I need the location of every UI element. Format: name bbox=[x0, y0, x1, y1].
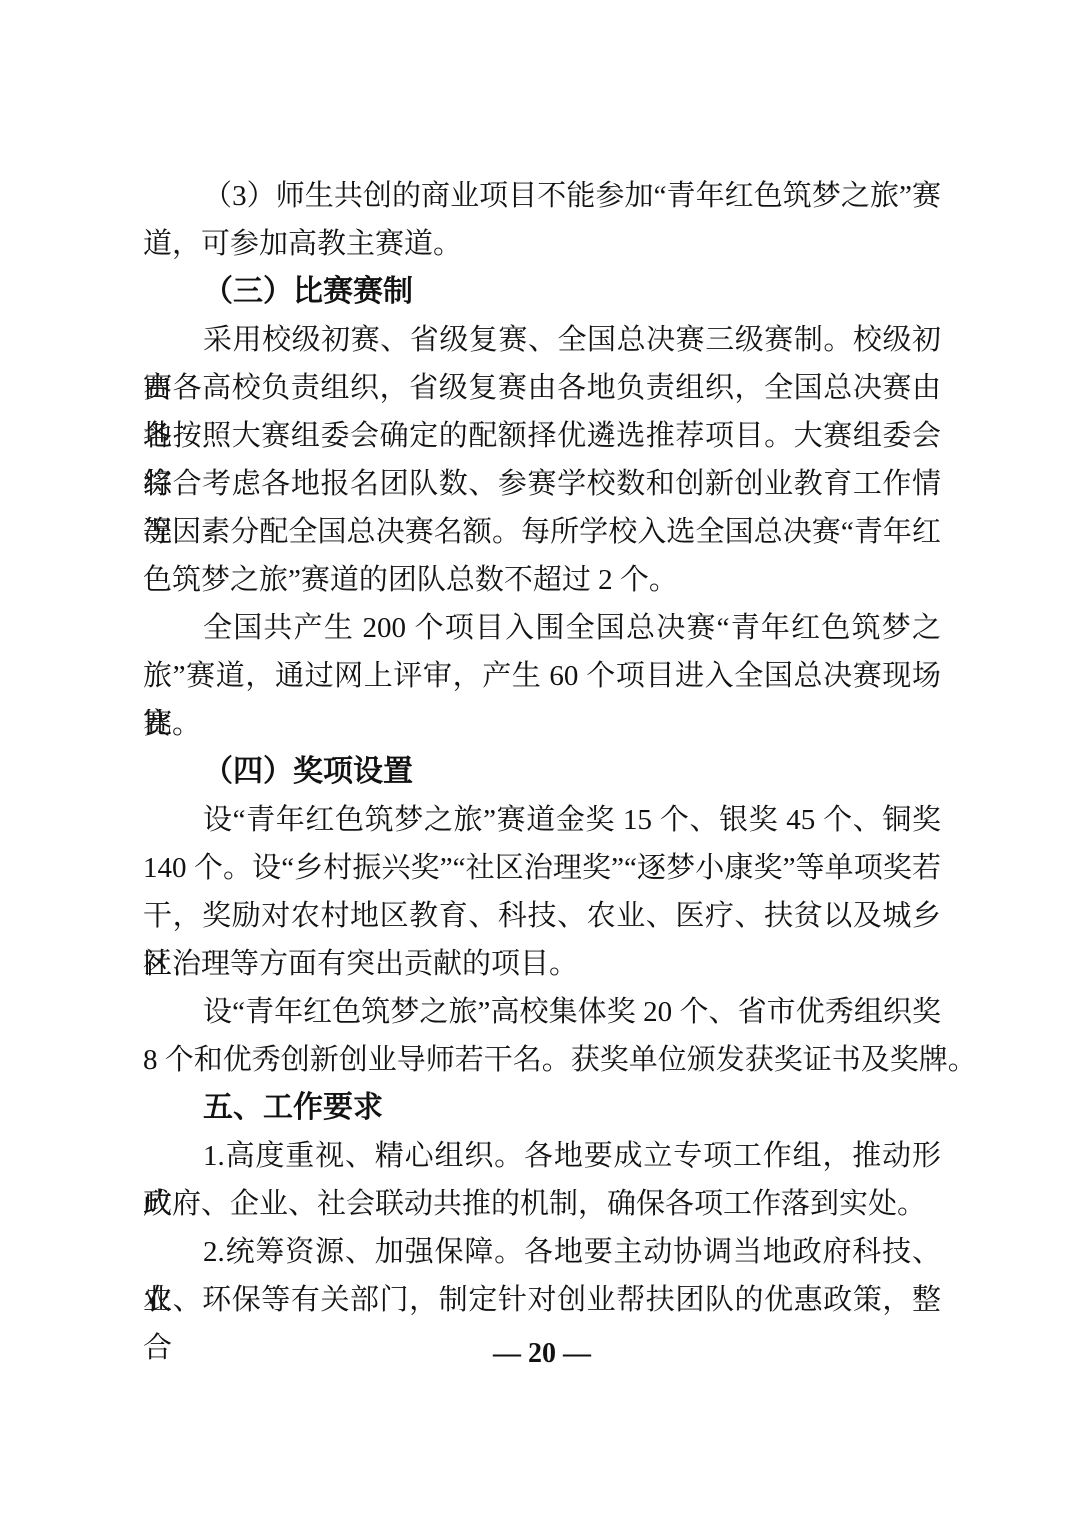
doc-line: 区治理等方面有突出贡献的项目。 bbox=[143, 940, 941, 988]
doc-line: 采用校级初赛、省级复赛、全国总决赛三级赛制。校级初赛 bbox=[143, 316, 941, 364]
document-body: （3）师生共创的商业项目不能参加“青年红色筑梦之旅”赛 道，可参加高教主赛道。 … bbox=[143, 172, 941, 1378]
doc-line: 赛。 bbox=[143, 700, 941, 748]
doc-line: 1.高度重视、精心组织。各地要成立专项工作组，推动形成 bbox=[143, 1132, 941, 1180]
page-number: — 20 — bbox=[143, 1330, 941, 1378]
doc-line: 业、环保等有关部门，制定针对创业帮扶团队的优惠政策，整合 bbox=[143, 1276, 941, 1324]
doc-line: 全国共产生 200 个项目入围全国总决赛“青年红色筑梦之 bbox=[143, 604, 941, 652]
doc-line: 140 个。设“乡村振兴奖”“社区治理奖”“逐梦小康奖”等单项奖若 bbox=[143, 844, 941, 892]
doc-line: （3）师生共创的商业项目不能参加“青年红色筑梦之旅”赛 bbox=[143, 172, 941, 220]
doc-line: 旅”赛道，通过网上评审，产生 60 个项目进入全国总决赛现场比 bbox=[143, 652, 941, 700]
doc-line: 8 个和优秀创新创业导师若干名。获奖单位颁发获奖证书及奖牌。 bbox=[143, 1036, 941, 1084]
doc-line: 由各高校负责组织，省级复赛由各地负责组织，全国总决赛由各 bbox=[143, 364, 941, 412]
doc-line: 设“青年红色筑梦之旅”高校集体奖 20 个、省市优秀组织奖 bbox=[143, 988, 941, 1036]
doc-line: 干，奖励对农村地区教育、科技、农业、医疗、扶贫以及城乡社 bbox=[143, 892, 941, 940]
doc-line: 政府、企业、社会联动共推的机制，确保各项工作落到实处。 bbox=[143, 1180, 941, 1228]
heading-award-settings: （四）奖项设置 bbox=[143, 748, 941, 796]
heading-work-requirements: 五、工作要求 bbox=[143, 1084, 941, 1132]
doc-line: 地按照大赛组委会确定的配额择优遴选推荐项目。大赛组委会将 bbox=[143, 412, 941, 460]
doc-line: 2.统筹资源、加强保障。各地要主动协调当地政府科技、农 bbox=[143, 1228, 941, 1276]
heading-competition-format: （三）比赛赛制 bbox=[143, 268, 941, 316]
doc-line: 色筑梦之旅”赛道的团队总数不超过 2 个。 bbox=[143, 556, 941, 604]
doc-line: 设“青年红色筑梦之旅”赛道金奖 15 个、银奖 45 个、铜奖 bbox=[143, 796, 941, 844]
doc-line: 综合考虑各地报名团队数、参赛学校数和创新创业教育工作情况 bbox=[143, 460, 941, 508]
document-page: （3）师生共创的商业项目不能参加“青年红色筑梦之旅”赛 道，可参加高教主赛道。 … bbox=[0, 0, 1080, 1527]
doc-line: 道，可参加高教主赛道。 bbox=[143, 220, 941, 268]
doc-line: 等因素分配全国总决赛名额。每所学校入选全国总决赛“青年红 bbox=[143, 508, 941, 556]
